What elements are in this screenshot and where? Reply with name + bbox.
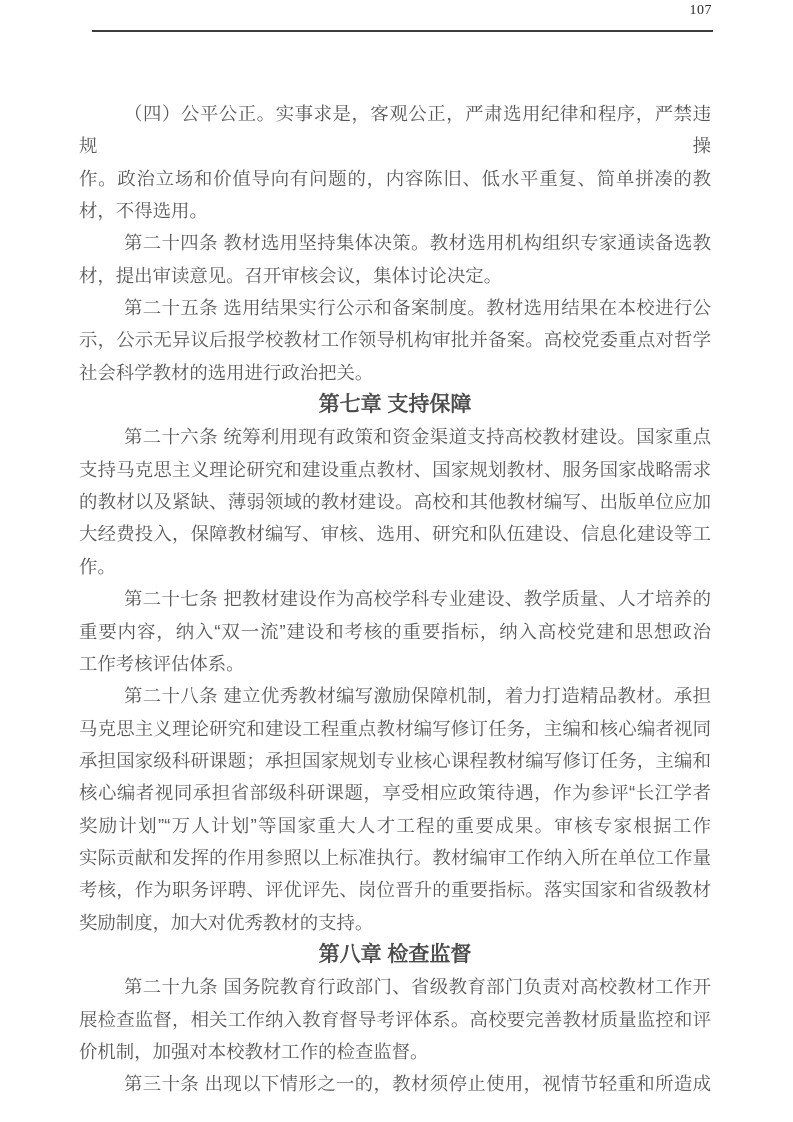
chapter-8-heading: 第八章 检查监督 [79, 939, 711, 971]
document-body: （四）公平公正。实事求是，客观公正，严肃选用纪律和程序，严禁违规操作。政治立场和… [79, 98, 711, 1101]
text-line: （四）公平公正。实事求是，客观公正，严肃选用纪律和程序，严禁违规操 [79, 98, 711, 163]
text-line: 展检查监督，相关工作纳入教育督导考评体系。高校要完善教材质量监控和评 [79, 1004, 711, 1036]
text-line: 第二十九条 国务院教育行政部门、省级教育部门负责对高校教材工作开 [79, 971, 711, 1003]
text-line: 第二十七条 把教材建设作为高校学科专业建设、教学质量、人才培养的 [79, 583, 711, 615]
article-27: 第二十七条 把教材建设作为高校学科专业建设、教学质量、人才培养的重要内容，纳入“… [79, 583, 711, 680]
text-line: 材，不得选用。 [79, 195, 711, 227]
text-line: 第二十六条 统筹利用现有政策和资金渠道支持高校教材建设。国家重点 [79, 421, 711, 453]
text-line: 作。政治立场和价值导向有问题的，内容陈旧、低水平重复、简单拼凑的教 [79, 163, 711, 195]
article-28: 第二十八条 建立优秀教材编写激励保障机制，着力打造精品教材。承担马克思主义理论研… [79, 680, 711, 939]
text-line: 工作考核评估体系。 [79, 648, 711, 680]
text-line: 的教材以及紧缺、薄弱领域的教材建设。高校和其他教材编写、出版单位应加 [79, 486, 711, 518]
text-line: 社会科学教材的选用进行政治把关。 [79, 357, 711, 389]
article-24: 第二十四条 教材选用坚持集体决策。教材选用机构组织专家通读备选教材，提出审读意见… [79, 227, 711, 292]
text-line: 作。 [79, 551, 711, 583]
text-line: 第三十条 出现以下情形之一的，教材须停止使用，视情节轻重和所造成 [79, 1068, 711, 1100]
article-26: 第二十六条 统筹利用现有政策和资金渠道支持高校教材建设。国家重点支持马克思主义理… [79, 421, 711, 583]
text-line: 奖励制度，加大对优秀教材的支持。 [79, 907, 711, 939]
document-page: 107 （四）公平公正。实事求是，客观公正，严肃选用纪律和程序，严禁违规操作。政… [0, 0, 793, 1122]
text-line: 支持马克思主义理论研究和建设重点教材、国家规划教材、服务国家战略需求 [79, 454, 711, 486]
text-line: 材，提出审读意见。召开审核会议，集体讨论决定。 [79, 260, 711, 292]
text-line: 大经费投入，保障教材编写、审核、选用、研究和队伍建设、信息化建设等工 [79, 518, 711, 550]
text-line: 承担国家级科研课题；承担国家规划专业核心课程教材编写修订任务，主编和 [79, 745, 711, 777]
page-number: 107 [690, 3, 713, 19]
text-line: 第二十四条 教材选用坚持集体决策。教材选用机构组织专家通读备选教 [79, 227, 711, 259]
text-line: 重要内容，纳入“双一流”建设和考核的重要指标，纳入高校党建和思想政治 [79, 616, 711, 648]
article-29: 第二十九条 国务院教育行政部门、省级教育部门负责对高校教材工作开展检查监督，相关… [79, 971, 711, 1068]
text-line: 实际贡献和发挥的作用参照以上标准执行。教材编审工作纳入所在单位工作量 [79, 842, 711, 874]
article-30-partial: 第三十条 出现以下情形之一的，教材须停止使用，视情节轻重和所造成 [79, 1068, 711, 1100]
text-line: 马克思主义理论研究和建设工程重点教材编写修订任务，主编和核心编者视同 [79, 713, 711, 745]
text-line: 考核，作为职务评聘、评优评先、岗位晋升的重要指标。落实国家和省级教材 [79, 874, 711, 906]
clause-4-fairness: （四）公平公正。实事求是，客观公正，严肃选用纪律和程序，严禁违规操作。政治立场和… [79, 98, 711, 227]
text-line: 价机制，加强对本校教材工作的检查监督。 [79, 1036, 711, 1068]
text-line: 第二十八条 建立优秀教材编写激励保障机制，着力打造精品教材。承担 [79, 680, 711, 712]
text-line: 奖励计划”“万人计划”等国家重大人才工程的重要成果。审核专家根据工作 [79, 810, 711, 842]
text-line: 核心编者视同承担省部级科研课题，享受相应政策待遇，作为参评“长江学者 [79, 777, 711, 809]
chapter-7-heading: 第七章 支持保障 [79, 389, 711, 421]
text-line: 示，公示无异议后报学校教材工作领导机构审批并备案。高校党委重点对哲学 [79, 324, 711, 356]
article-25: 第二十五条 选用结果实行公示和备案制度。教材选用结果在本校进行公示，公示无异议后… [79, 292, 711, 389]
header-rule [92, 30, 713, 32]
text-line: 第二十五条 选用结果实行公示和备案制度。教材选用结果在本校进行公 [79, 292, 711, 324]
